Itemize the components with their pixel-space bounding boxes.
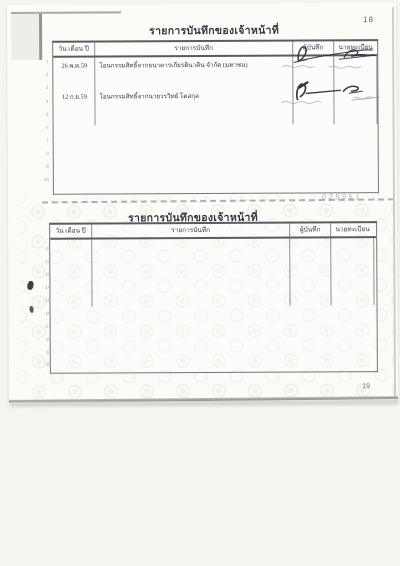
paper-bottom-shadow [11, 400, 398, 409]
table1-header-date: วัน เดือน ปี [53, 43, 95, 56]
line-number: 11 [40, 246, 50, 251]
underlying-page-fill [11, 14, 39, 60]
table1-title: รายการบันทึกของเจ้าหน้าที่ [52, 21, 376, 40]
line-number: 9 [39, 164, 49, 169]
line-number: 12 [40, 259, 50, 264]
table2-col-registrar [331, 238, 374, 305]
table2-line-numbers: 11 12 13 14 15 16 17 18 19 20 [51, 306, 93, 373]
table2-body: 11 12 13 14 15 16 17 18 19 20 [50, 238, 377, 373]
line-number: 1 [38, 59, 48, 64]
table2-col-record [92, 239, 290, 307]
table2-col-date [50, 240, 92, 307]
table1-body: 1 2 3 4 5 6 7 8 9 10 26 พ.ค.59 โอนกรรมสิ… [53, 56, 378, 194]
table2-header-row: วัน เดือน ปี รายการบันทึก ผู้บันทึก นายท… [50, 223, 376, 240]
page-number-bottom: 19 [362, 383, 370, 390]
table2-col-recorder [290, 238, 331, 305]
entry1-date: 26 พ.ค.59 [53, 61, 95, 71]
line-number: 8 [39, 151, 49, 156]
line-number: 18 [41, 337, 51, 342]
table2-header-date: วัน เดือน ปี [50, 225, 92, 238]
line-number: 4 [38, 99, 48, 104]
serial-number: 025951 [322, 192, 363, 201]
officials-record-table-1: วัน เดือน ปี รายการบันทึก ผู้บันทึก นายท… [52, 39, 379, 195]
line-number: 14 [40, 285, 50, 290]
ink-smudge [29, 306, 34, 314]
line-number: 17 [41, 324, 51, 329]
paper-right-edge [392, 7, 396, 399]
table1-col-registrar [334, 56, 377, 124]
table1-line-numbers: 1 2 3 4 5 6 7 8 9 10 [54, 126, 96, 194]
line-number: 19 [41, 350, 51, 355]
line-number: 7 [39, 138, 49, 143]
table1-header-row: วัน เดือน ปี รายการบันทึก ผู้บันทึก นายท… [53, 41, 377, 58]
entry2-date: 12 ก.ย.59 [53, 92, 95, 102]
line-number: 5 [39, 112, 49, 117]
underlying-page-edge [39, 14, 42, 60]
line-number: 16 [41, 311, 51, 316]
entry2-text: โอนกรรมสิทธิ์จากนายวรวิทย์ โตสกุล [99, 91, 199, 102]
table2-header-record: รายการบันทึก [92, 224, 290, 238]
line-number: 3 [38, 85, 48, 90]
line-number: 6 [39, 125, 49, 130]
deed-page: 18 รายการบันทึกของเจ้าหน้าที่ วัน เดือน … [7, 3, 398, 404]
line-number: 15 [40, 298, 50, 303]
line-number: 13 [40, 272, 50, 277]
table2-header-registrar: นายทะเบียน [331, 223, 374, 236]
officials-record-table-2: วัน เดือน ปี รายการบันทึก ผู้บันทึก นายท… [49, 221, 378, 374]
line-number: 2 [38, 72, 48, 77]
line-number: 10 [39, 177, 49, 182]
table1-header-recorder: ผู้บันทึก [293, 41, 334, 54]
ink-smudge [27, 280, 35, 290]
table2-header-recorder: ผู้บันทึก [290, 223, 331, 236]
table1-header-record: รายการบันทึก [95, 42, 293, 56]
table1-header-registrar: นายทะเบียน [334, 41, 377, 54]
line-number: 20 [41, 362, 51, 367]
scanned-document: 18 รายการบันทึกของเจ้าหน้าที่ วัน เดือน … [0, 0, 400, 566]
entry1-text: โอนกรรมสิทธิ์จากธนาคารเกียรตินาคิน จำกัด… [99, 60, 247, 71]
table1-col-recorder [293, 56, 334, 124]
